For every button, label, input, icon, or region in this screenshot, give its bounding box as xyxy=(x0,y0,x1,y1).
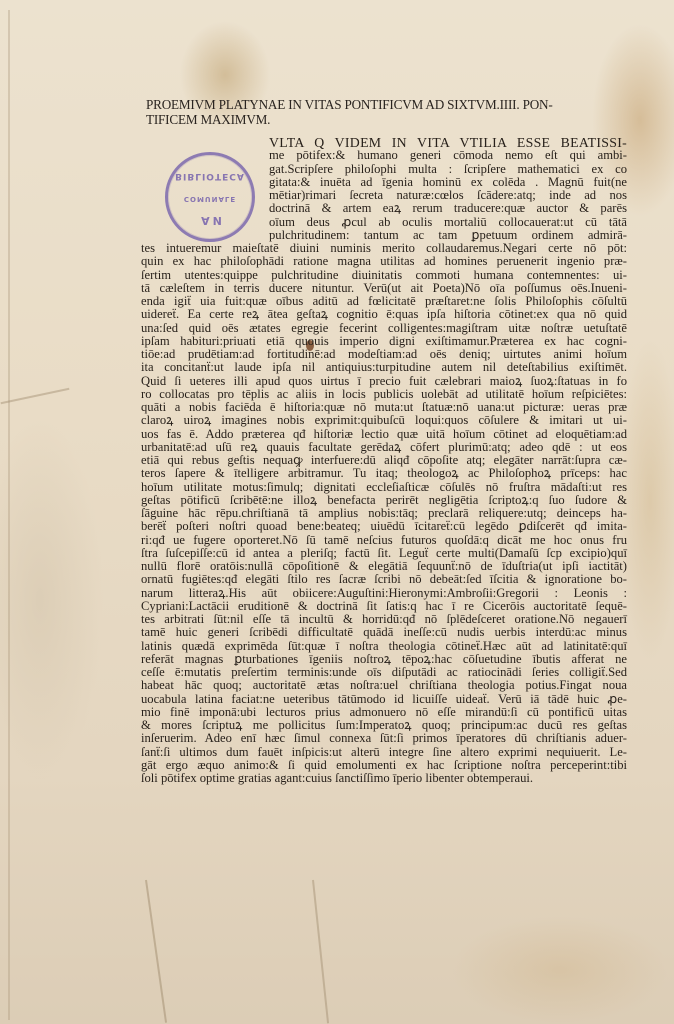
text-line: ri:qđ ue fugere oporteret.Nō ſū tamē neſ… xyxy=(141,534,627,547)
text-line: tes arbitrati ſūt:nil eſſe tā incultū & … xyxy=(141,613,627,626)
text-line: inſeruerim. Adeo enī hæc ſimul connexa ſ… xyxy=(141,732,627,745)
body-text: VLTA Q VIDEM IN VITA VTILIA ESSE BEATISS… xyxy=(141,136,627,785)
text-line: nullū florē oratōis:nullā cōpoſitionē & … xyxy=(141,560,627,573)
text-line: uos fas ē. Addo præterea qđ hiſtoriæ lec… xyxy=(141,428,627,441)
title-line-2: TIFICEM MAXIMVM. xyxy=(146,112,606,127)
text-line: ſertim utentes:quippe pulchritudine diui… xyxy=(141,269,627,282)
text-line: ceſſe ē:mutatis preſertim terminis:unde … xyxy=(141,666,627,679)
text-line: Cypriani:Lactācii eruditionē & doctrinā … xyxy=(141,600,627,613)
text-line: gat.Scripſere philoſophi multa : ſcripſe… xyxy=(141,163,627,176)
text-line: gāt ergo æquo animo:& ſi quid emolumenti… xyxy=(141,759,627,772)
title-line-1: PROEMIVM PLATYNAE IN VITAS PONTIFICVM AD… xyxy=(146,97,606,112)
text-line: ſāguine hāc rēpu.chriſtianā tā amplius n… xyxy=(141,507,627,520)
text-line: hoīum utilitate motus:ſimulq; dignitati … xyxy=(141,481,627,494)
text-line: ſtra ſuſcepiſſe:cū id antea a pleriſq; f… xyxy=(141,547,627,560)
text-line: narum litteraꝝ.His aūt obiicere:Auguſtin… xyxy=(141,587,627,600)
text-line: VLTA Q VIDEM IN VITA VTILIA ESSE BEATISS… xyxy=(141,136,627,149)
text-line: me pōtifex:& humano generi cōmoda nemo e… xyxy=(141,149,627,162)
text-line: mētiar)rimari ſecreta naturæ:cœlos ſcāde… xyxy=(141,189,627,202)
text-line: doctrinā & artem eaꝝ rerum traducere:quæ… xyxy=(141,202,627,215)
page-crease xyxy=(8,10,10,1020)
text-line: ipſam habituri:priuati etiā quouis imper… xyxy=(141,335,627,348)
text-line: pulchritudinem: tantum ac tam ꝑpetuum or… xyxy=(141,229,627,242)
page-crease xyxy=(145,880,167,1023)
text-line: oīum deus ꝓcul ab oculis mortaliū colloc… xyxy=(141,216,627,229)
text-line: tā cæleſtem in terris ducere nituntur. V… xyxy=(141,282,627,295)
text-line: latinis quædā exprimēda ſūt:quæ ī noſtra… xyxy=(141,640,627,653)
text-line: ornatū fugiētes:qđ elegāti ſtilo res ſac… xyxy=(141,573,627,586)
text-line: una:ſed quid oēs ætates egregie fecerint… xyxy=(141,322,627,335)
page-tear xyxy=(1,388,70,405)
text-line: ita concitanẗ:ut laude ipſa nil antiquiu… xyxy=(141,361,627,374)
text-line: Quid ſi ueteres illi apud quos uirtus ī … xyxy=(141,375,627,388)
text-line: quin ex hac philoſophādi ratione magna u… xyxy=(141,255,627,268)
text-line: & mores ſcriptuꝝ me pollicitus ſum:Imper… xyxy=(141,719,627,732)
text-line: gitata:& inuēta ad īgenia hominū ex colē… xyxy=(141,176,627,189)
text-line: ro collocatas pro tēplis ac aliis in loc… xyxy=(141,388,627,401)
text-line: urbanitatē:ad uſū reꝝ quauis facultate g… xyxy=(141,441,627,454)
text-line: geſtas pōtificū ſcribētē:ne illoꝝ benefa… xyxy=(141,494,627,507)
text-line: berēẗ poſteri noſtri quoad bene:beateq; … xyxy=(141,520,627,533)
page-crease xyxy=(312,880,329,1023)
text-line: claroꝝ uiroꝝ imagines nobis exprimit:qui… xyxy=(141,414,627,427)
text-line: etiā qui rebus geſtis nequaꝙ interfuere:… xyxy=(141,454,627,467)
text-line: uocabula latina faciat:ne ueteribus tātū… xyxy=(141,693,627,706)
page-title: PROEMIVM PLATYNAE IN VITAS PONTIFICVM AD… xyxy=(146,97,606,127)
text-line: enda igiẗ uia fuit:quæ oībus aditū ad fœ… xyxy=(141,295,627,308)
text-line: ſoli pōtifex optime gratias agant:cuius … xyxy=(141,772,627,785)
text-line: tiōe:ad prudētiam:ad fortitudinē:ad mode… xyxy=(141,348,627,361)
text-line: referāt magnas ꝑturbationes īgeniis noſt… xyxy=(141,653,627,666)
text-line: habeat hāc quoq; auctoritatē ætas noſtra… xyxy=(141,679,627,692)
manuscript-page: NA COMUNALE BIBLIOTECA PROEMIVM PLATYNAE… xyxy=(0,0,674,1024)
text-line: mio finē imponā:ubi lecturos prius admon… xyxy=(141,706,627,719)
text-line: uidereẗ. Ea certe reꝝ ātea geſtaꝝ cognit… xyxy=(141,308,627,321)
text-line: tamē huic generi ſcribēdi difficultatē q… xyxy=(141,626,627,639)
text-line: quāti a nobis faciēda ē hiſtoria:quæ nō … xyxy=(141,401,627,414)
text-line: teros ſapere & ītelligere arbitramur. Tu… xyxy=(141,467,627,480)
text-line: tes intueremur maieſtatē diuini numinis … xyxy=(141,242,627,255)
text-line: ſanẗ:ſi ultimos dum fauēt inſpicis:ut al… xyxy=(141,746,627,759)
